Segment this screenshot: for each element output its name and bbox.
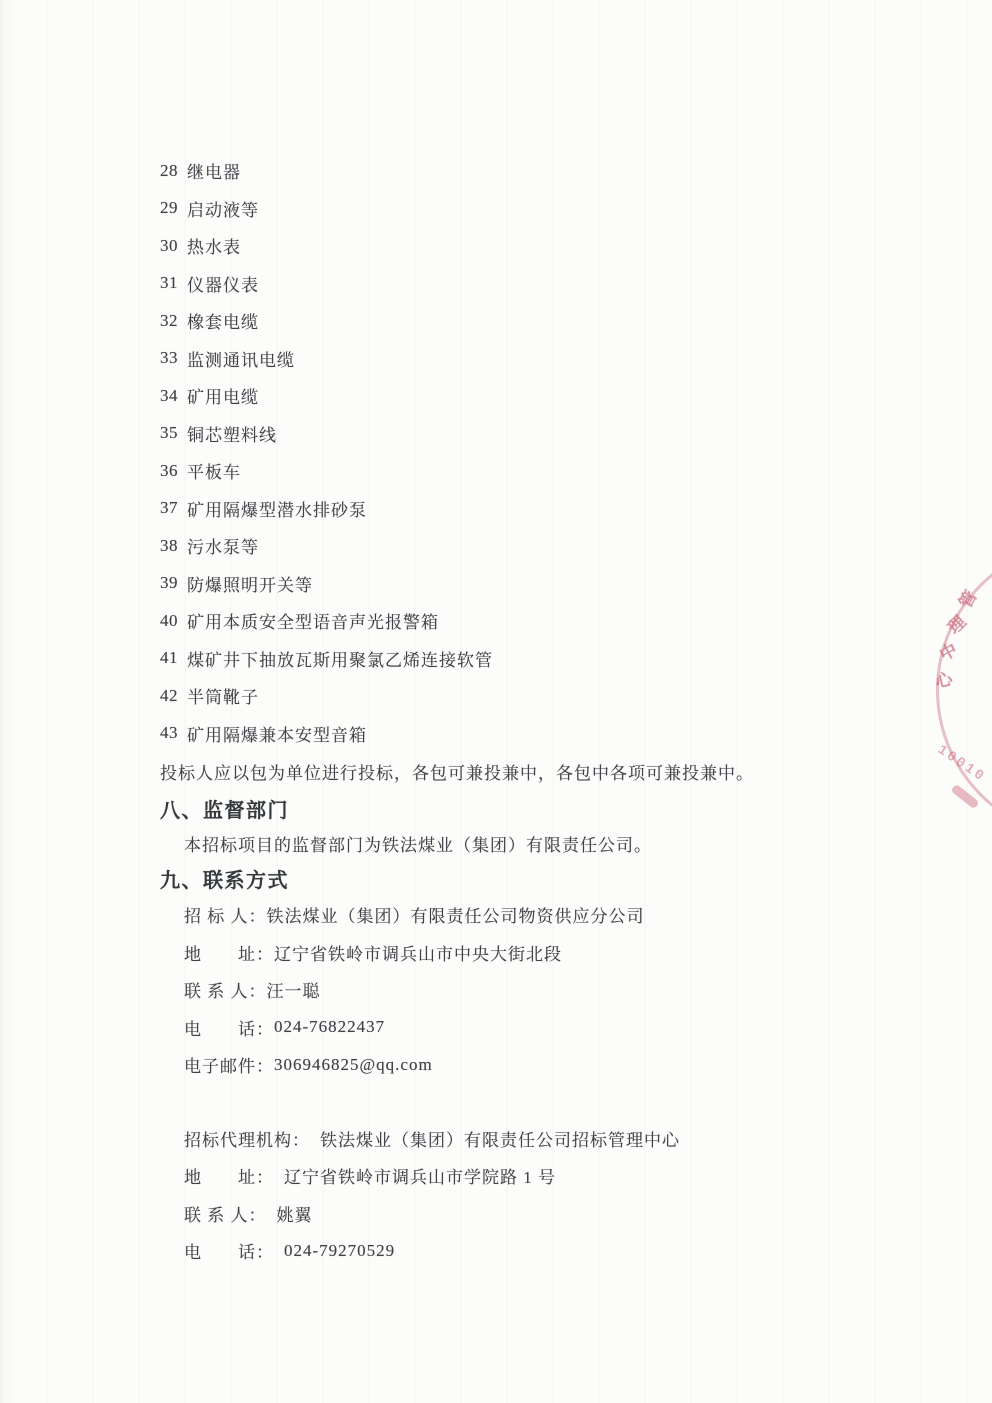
contact-row: 联 系 人：姚翼 xyxy=(184,1195,880,1233)
item-number: 29 xyxy=(160,198,187,218)
seal-character: 心 xyxy=(933,665,955,693)
item-number: 43 xyxy=(160,723,187,743)
list-item: 43 矿用隔爆兼本安型音箱 xyxy=(160,715,880,753)
item-name: 橡套电缆 xyxy=(187,308,259,333)
contact-row: 招 标 人：铁法煤业（集团）有限责任公司物资供应分公司 xyxy=(184,896,880,934)
seal-character: 中 xyxy=(934,635,961,665)
contact-value: 024-79270529 xyxy=(284,1241,395,1261)
list-item: 28 继电器 xyxy=(160,152,880,190)
contact-value: 306946825@qq.com xyxy=(274,1055,433,1075)
item-name: 矿用隔爆型潜水排砂泵 xyxy=(187,496,367,521)
item-name: 仪器仪表 xyxy=(187,271,259,296)
item-number: 30 xyxy=(160,236,187,256)
contact-row: 电 话：024-76822437 xyxy=(184,1009,880,1047)
tenderer-contact-block: 招 标 人：铁法煤业（集团）有限责任公司物资供应分公司 地 址：辽宁省铁岭市调兵… xyxy=(160,896,880,1084)
list-item: 42 半筒靴子 xyxy=(160,677,880,715)
item-number: 33 xyxy=(160,348,187,368)
list-item: 30 热水表 xyxy=(160,227,880,265)
list-item: 32 橡套电缆 xyxy=(160,302,880,340)
section-heading-contact: 九、联系方式 xyxy=(160,860,880,896)
contact-value: 姚翼 xyxy=(277,1201,313,1226)
list-item: 34 矿用电缆 xyxy=(160,377,880,415)
contact-label: 地 址： xyxy=(184,1163,274,1188)
contact-row: 地 址：辽宁省铁岭市调兵山市学院路 1 号 xyxy=(184,1157,880,1195)
item-number: 38 xyxy=(160,536,187,556)
contact-value: 铁法煤业（集团）有限责任公司招标管理中心 xyxy=(320,1126,680,1151)
list-item: 38 污水泵等 xyxy=(160,527,880,565)
item-number: 28 xyxy=(160,161,187,181)
seal-ring xyxy=(936,540,992,840)
list-item: 40 矿用本质安全型语音声光报警箱 xyxy=(160,602,880,640)
list-item: 37 矿用隔爆型潜水排砂泵 xyxy=(160,490,880,528)
scanned-document-page: 28 继电器 29 启动液等 30 热水表 31 仪器仪表 xyxy=(0,0,992,1403)
item-number: 35 xyxy=(160,423,187,443)
agency-contact-block: 招标代理机构：铁法煤业（集团）有限责任公司招标管理中心 地 址：辽宁省铁岭市调兵… xyxy=(160,1120,880,1270)
section-heading-supervision: 八、监督部门 xyxy=(160,790,880,826)
item-name: 热水表 xyxy=(187,233,241,258)
list-item: 36 平板车 xyxy=(160,452,880,490)
item-name: 平板车 xyxy=(187,458,241,483)
item-name: 矿用电缆 xyxy=(187,383,259,408)
item-number: 41 xyxy=(160,648,187,668)
item-name: 启动液等 xyxy=(187,196,259,221)
contact-row: 电 话：024-79270529 xyxy=(184,1232,880,1270)
list-item: 35 铜芯塑料线 xyxy=(160,415,880,453)
contact-label: 招 标 人： xyxy=(184,902,267,927)
seal-character: 管 xyxy=(951,585,981,613)
item-name: 防爆照明开关等 xyxy=(187,571,313,596)
list-item: 33 监测通讯电缆 xyxy=(160,340,880,378)
contact-value: 铁法煤业（集团）有限责任公司物资供应分公司 xyxy=(267,902,645,927)
document-body: 28 继电器 29 启动液等 30 热水表 31 仪器仪表 xyxy=(160,152,880,1270)
item-number: 32 xyxy=(160,311,187,331)
contact-label: 电 话： xyxy=(184,1238,274,1263)
contact-row: 联 系 人：汪一聪 xyxy=(184,971,880,1009)
contact-label: 电 话： xyxy=(184,1015,274,1040)
red-seal-stamp: 管 理 中 心 10010 xyxy=(928,538,992,848)
item-number: 34 xyxy=(160,386,187,406)
item-name: 煤矿井下抽放瓦斯用聚氯乙烯连接软管 xyxy=(187,646,493,671)
list-item: 41 煤矿井下抽放瓦斯用聚氯乙烯连接软管 xyxy=(160,640,880,678)
contact-row: 招标代理机构：铁法煤业（集团）有限责任公司招标管理中心 xyxy=(184,1120,880,1158)
item-number: 37 xyxy=(160,498,187,518)
bidding-note: 投标人应以包为单位进行投标，各包可兼投兼中，各包中各项可兼投兼中。 xyxy=(160,752,880,790)
item-number: 39 xyxy=(160,573,187,593)
item-name: 监测通讯电缆 xyxy=(187,346,295,371)
package-item-list: 28 继电器 29 启动液等 30 热水表 31 仪器仪表 xyxy=(160,152,880,752)
contact-value: 汪一聪 xyxy=(267,977,321,1002)
contact-label: 联 系 人： xyxy=(184,977,267,1002)
contact-label: 地 址： xyxy=(184,940,274,965)
item-name: 继电器 xyxy=(187,158,241,183)
item-name: 半筒靴子 xyxy=(187,683,259,708)
item-number: 31 xyxy=(160,273,187,293)
contact-label: 联 系 人： xyxy=(184,1201,267,1226)
item-number: 40 xyxy=(160,611,187,631)
item-name: 污水泵等 xyxy=(187,533,259,558)
item-name: 矿用隔爆兼本安型音箱 xyxy=(187,721,367,746)
contact-row: 地 址：辽宁省铁岭市调兵山市中央大街北段 xyxy=(184,934,880,972)
item-number: 36 xyxy=(160,461,187,481)
item-number: 42 xyxy=(160,686,187,706)
seal-code-digits: 10010 xyxy=(934,742,988,786)
seal-mark xyxy=(950,784,979,810)
contact-value: 辽宁省铁岭市调兵山市学院路 1 号 xyxy=(284,1163,556,1188)
blank-separator xyxy=(160,1084,880,1120)
contact-label: 招标代理机构： xyxy=(184,1126,310,1151)
contact-label: 电子邮件： xyxy=(184,1052,274,1077)
contact-value: 024-76822437 xyxy=(274,1017,385,1037)
contact-row: 电子邮件：306946825@qq.com xyxy=(184,1046,880,1084)
list-item: 39 防爆照明开关等 xyxy=(160,565,880,603)
supervision-body: 本招标项目的监督部门为铁法煤业（集团）有限责任公司。 xyxy=(184,826,880,860)
item-name: 矿用本质安全型语音声光报警箱 xyxy=(187,608,439,633)
contact-value: 辽宁省铁岭市调兵山市中央大街北段 xyxy=(274,940,562,965)
list-item: 29 启动液等 xyxy=(160,190,880,228)
list-item: 31 仪器仪表 xyxy=(160,265,880,303)
seal-character: 理 xyxy=(941,609,971,639)
item-name: 铜芯塑料线 xyxy=(187,421,277,446)
